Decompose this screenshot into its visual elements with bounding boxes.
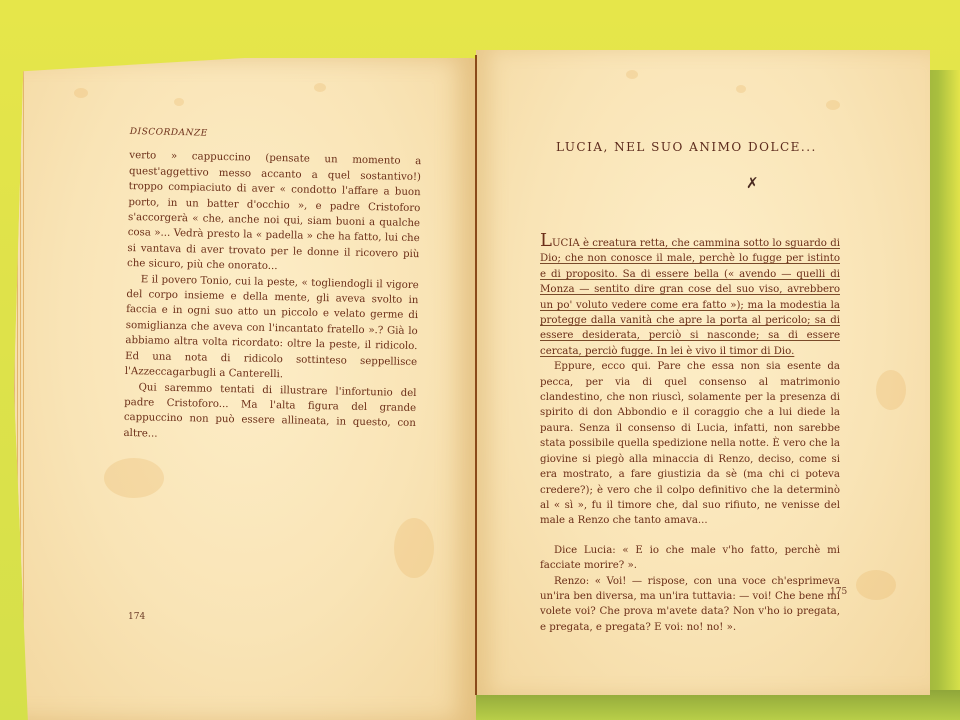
paragraph: verto » cappuccino (pensate un momento a…	[127, 148, 422, 277]
page-number-left: 174	[128, 612, 145, 622]
paragraph: Renzo: « Voi! — rispose, con una voce ch…	[540, 574, 840, 636]
page-edge-stack	[14, 66, 24, 716]
small-caps-word: UCIA	[552, 238, 580, 249]
drop-cap: L	[540, 230, 552, 251]
right-page-text: LUCIA è creatura retta, che cammina sott…	[540, 235, 840, 635]
opening-paragraph: LUCIA è creatura retta, che cammina sott…	[540, 235, 840, 359]
pen-mark-icon: ✗	[746, 174, 759, 192]
page-number-right: 175	[830, 587, 847, 597]
underlined-passage: è creatura retta, che cammina sotto lo s…	[540, 238, 840, 357]
paragraph: Qui saremmo tentati di illustrare l'info…	[123, 379, 416, 447]
paragraph: Dice Lucia: « E io che male v'ho fatto, …	[540, 543, 840, 574]
paragraph: E il povero Tonio, cui la peste, « togli…	[125, 272, 419, 386]
left-page-text: DISCORDANZE verto » cappuccino (pensate …	[123, 125, 422, 447]
paragraph: Eppure, ecco qui. Pare che essa non sia …	[540, 359, 840, 528]
chapter-title: LUCIA, NEL SUO ANIMO DOLCE...	[556, 140, 836, 154]
book-spine	[475, 55, 477, 695]
